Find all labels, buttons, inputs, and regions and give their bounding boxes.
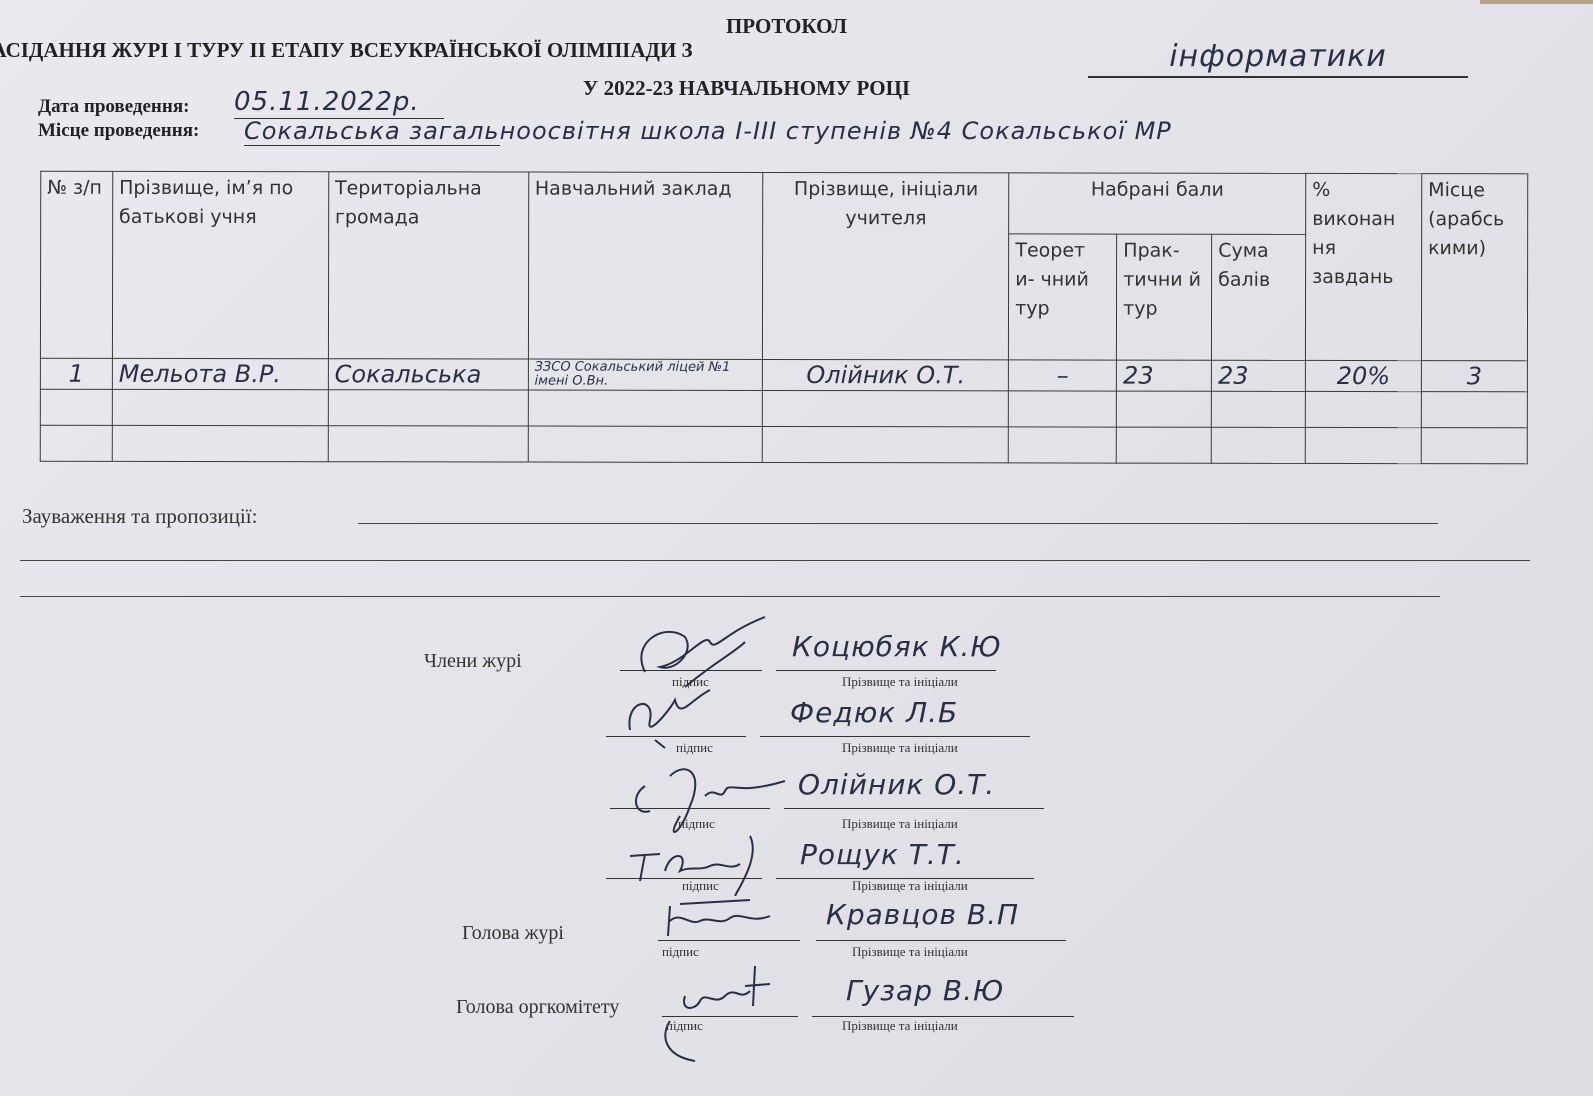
signature-caption: підпис: [676, 740, 713, 756]
remarks-label: Зауваження та пропозиції:: [22, 504, 257, 529]
cell-student: Мельота В.Р.: [112, 358, 328, 389]
header-num: № з/п: [40, 171, 112, 358]
header-percent: % виконан ня завдань: [1305, 173, 1421, 360]
date-label: Дата проведення:: [38, 96, 189, 118]
header-total: Сума балів: [1212, 234, 1306, 360]
subject-field: інформатики: [1088, 40, 1468, 78]
protocol-title: ПРОТОКОЛ: [0, 14, 1583, 39]
member-name: Коцюбяк К.Ю: [792, 630, 1002, 663]
cell-school: ЗЗСО Сокальський ліцей №1 імені О.Вн.: [528, 359, 763, 390]
cell-total: 23: [1211, 360, 1305, 391]
protocol-subtitle: ЗАСІДАННЯ ЖУРІ І ТУРУ ІІ ЕТАПУ ВСЕУКРАЇН…: [0, 38, 1133, 63]
place-value-underlined: Сокальська загаль: [244, 117, 500, 146]
name-caption: Прізвище та ініціали: [852, 944, 968, 960]
signature-caption: підпис: [682, 878, 719, 894]
header-scores: Набрані бали: [1009, 173, 1306, 235]
header-place: Місце (арабсь кими): [1421, 174, 1527, 361]
results-table: № з/п Прізвище, ім’я по батькові учня Те…: [40, 171, 1529, 465]
cell-community: Сокальська: [328, 359, 528, 390]
remarks-line: [20, 560, 1530, 561]
cell-theory: –: [1009, 360, 1117, 391]
name-caption: Прізвище та ініціали: [842, 674, 958, 690]
name-caption: Прізвище та ініціали: [852, 878, 968, 894]
table-row: 1 Мельота В.Р. Сокальська ЗЗСО Сокальськ…: [40, 358, 1527, 392]
signature-scribble: [655, 956, 795, 1066]
name-caption: Прізвище та ініціали: [842, 816, 958, 832]
cell-practice: 23: [1117, 360, 1212, 391]
cell-percent: 20%: [1305, 360, 1421, 391]
header-row: № з/п Прізвище, ім’я по батькові учня Те…: [41, 171, 1528, 235]
member-name: Федюк Л.Б: [790, 696, 958, 729]
header-school: Навчальний заклад: [528, 172, 763, 359]
jury-members-label: Члени журі: [424, 650, 522, 673]
header-teacher: Прізвище, ініціали учителя: [763, 172, 1009, 359]
member-name: Олійник О.Т.: [798, 768, 995, 801]
header-student: Прізвище, ім’я по батькові учня: [112, 171, 328, 358]
signature-caption: підпис: [666, 1018, 703, 1034]
table-row-empty: [40, 389, 1527, 428]
jury-chair-label: Голова журі: [462, 922, 564, 945]
member-name: Рощук Т.Т.: [800, 838, 965, 871]
place-value: Сокальська загальноосвітня школа І-ІІІ с…: [244, 114, 1434, 148]
remarks-line: [358, 523, 1438, 524]
remarks-line: [20, 596, 1440, 597]
paper-edge: [1480, 0, 1593, 4]
name-caption: Прізвище та ініціали: [842, 1018, 958, 1034]
chair-name: Кравцов В.П: [826, 898, 1019, 931]
header-community: Територіальна громада: [328, 172, 528, 359]
cell-place: 3: [1421, 361, 1527, 392]
place-value-rest: ноосвітня школа І-ІІІ ступенів №4 Сокаль…: [500, 117, 1172, 145]
header-theory: Теорет и- чний тур: [1009, 234, 1117, 360]
signature-scribble: [660, 896, 780, 946]
academic-year: У 2022-23 НАВЧАЛЬНОМУ РОЦІ: [0, 76, 1543, 101]
table-row-empty: [40, 425, 1527, 464]
header-practice: Прак- тични й тур: [1117, 234, 1212, 360]
place-label: Місце проведення:: [38, 120, 199, 142]
cell-num: 1: [40, 358, 112, 389]
org-chair-name: Гузар В.Ю: [846, 974, 1004, 1007]
signature-scribble: [615, 680, 735, 750]
name-caption: Прізвище та ініціали: [842, 740, 958, 756]
cell-teacher: Олійник О.Т.: [763, 359, 1009, 390]
org-committee-chair-label: Голова оргкомітету: [456, 996, 619, 1019]
